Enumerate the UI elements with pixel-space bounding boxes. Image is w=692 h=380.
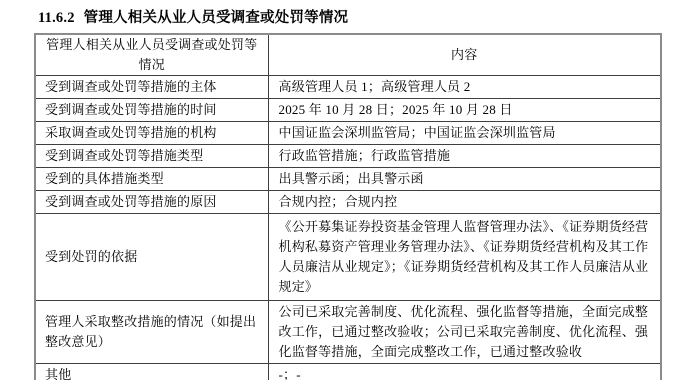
row-value: 2025 年 10 月 28 日；2025 年 10 月 28 日 (268, 99, 661, 122)
row-value: 公司已采取完善制度、优化流程、强化监督等措施，全面完成整改工作，已通过整改验收；… (268, 301, 661, 364)
table-row: 管理人采取整改措施的情况（如提出整改意见） 公司已采取完善制度、优化流程、强化监… (35, 301, 661, 364)
row-label: 受到调查或处罚等措施的原因 (35, 191, 268, 214)
row-label: 受到调查或处罚等措施的主体 (35, 76, 268, 99)
header-label-cell: 管理人相关从业人员受调查或处罚等情况 (35, 34, 268, 76)
row-label: 受到调查或处罚等措施的时间 (35, 99, 268, 122)
table-row: 受到处罚的依据 《公开募集证券投资基金管理人监督管理办法》、《证券期货经营机构私… (35, 214, 661, 301)
row-label: 采取调查或处罚等措施的机构 (35, 122, 268, 145)
row-label: 其他 (35, 364, 268, 380)
table-row: 采取调查或处罚等措施的机构 中国证监会深圳监管局；中国证监会深圳监管局 (35, 122, 661, 145)
row-label: 受到调查或处罚等措施类型 (35, 145, 268, 168)
penalty-info-table: 管理人相关从业人员受调查或处罚等情况 内容 受到调查或处罚等措施的主体 高级管理… (34, 33, 662, 380)
table-header-row: 管理人相关从业人员受调查或处罚等情况 内容 (35, 34, 661, 76)
row-value: 中国证监会深圳监管局；中国证监会深圳监管局 (268, 122, 661, 145)
header-content-cell: 内容 (268, 34, 661, 76)
table-row: 受到调查或处罚等措施类型 行政监管措施；行政监管措施 (35, 145, 661, 168)
row-label: 受到的具体措施类型 (35, 168, 268, 191)
row-value: 合规内控；合规内控 (268, 191, 661, 214)
table-row: 其他 -；- (35, 364, 661, 380)
table-row: 受到的具体措施类型 出具警示函；出具警示函 (35, 168, 661, 191)
section-number: 11.6.2 (38, 10, 75, 26)
section-title-text: 管理人相关从业人员受调查或处罚等情况 (84, 10, 349, 26)
table-row: 受到调查或处罚等措施的时间 2025 年 10 月 28 日；2025 年 10… (35, 99, 661, 122)
table-row: 受到调查或处罚等措施的主体 高级管理人员 1；高级管理人员 2 (35, 76, 661, 99)
row-label: 受到处罚的依据 (35, 214, 268, 301)
table-row: 受到调查或处罚等措施的原因 合规内控；合规内控 (35, 191, 661, 214)
row-label: 管理人采取整改措施的情况（如提出整改意见） (35, 301, 268, 364)
section-title: 11.6.2管理人相关从业人员受调查或处罚等情况 (38, 6, 348, 27)
row-value: -；- (268, 364, 661, 380)
row-value: 行政监管措施；行政监管措施 (268, 145, 661, 168)
row-value: 《公开募集证券投资基金管理人监督管理办法》、《证券期货经营机构私募资产管理业务管… (268, 214, 661, 301)
row-value: 出具警示函；出具警示函 (268, 168, 661, 191)
row-value: 高级管理人员 1；高级管理人员 2 (268, 76, 661, 99)
document-page: 11.6.2管理人相关从业人员受调查或处罚等情况 管理人相关从业人员受调查或处罚… (0, 0, 692, 380)
